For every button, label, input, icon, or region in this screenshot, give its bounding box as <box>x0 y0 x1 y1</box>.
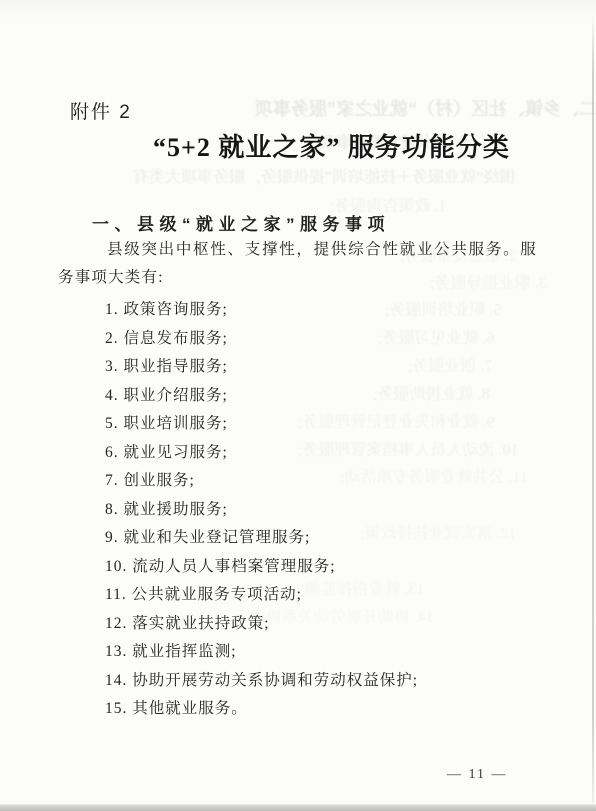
document-page: 二、乡镇、社区（村）“就业之家”服务事项（一）公共就业服务事项围绕“就业服务＋技… <box>0 0 596 811</box>
document-title: “5+2 就业之家” 服务功能分类 <box>153 127 510 164</box>
scan-right-edge <box>592 12 594 803</box>
bleedthrough-line: 围绕“就业服务＋技能培训”提供服务，服务事项大类有 <box>133 164 515 187</box>
list-item: 15. 其他就业服务。 <box>105 695 418 724</box>
list-item: 8. 就业援助服务; <box>105 496 418 525</box>
list-item: 14. 协助开展劳动关系协调和劳动权益保护; <box>105 667 418 696</box>
list-item: 2. 信息发布服务; <box>105 325 418 354</box>
intro-paragraph: 县级突出中枢性、支撑性，提供综合性就业公共服务。服务事项大类有: <box>58 236 537 292</box>
list-item: 9. 就业和失业登记管理服务; <box>105 524 418 553</box>
attachment-label: 附件 2 <box>70 97 132 124</box>
list-item: 3. 职业指导服务; <box>105 353 418 382</box>
service-list: 1. 政策咨询服务;2. 信息发布服务;3. 职业指导服务;4. 职业介绍服务;… <box>105 296 418 724</box>
scan-bottom-edge <box>0 804 596 811</box>
list-item: 12. 落实就业扶持政策; <box>105 610 418 639</box>
list-item: 4. 职业介绍服务; <box>105 382 418 411</box>
list-item: 6. 就业见习服务; <box>105 439 418 468</box>
list-item: 13. 就业指挥监测; <box>105 638 418 667</box>
list-item: 10. 流动人员人事档案管理服务; <box>105 553 418 582</box>
section-heading: 一、县级“就业之家”服务事项 <box>92 210 390 235</box>
list-item: 5. 职业培训服务; <box>105 410 418 439</box>
bleedthrough-line: 二、乡镇、社区（村）“就业之家”服务事项 <box>255 95 596 121</box>
bleedthrough-line: 7. 创业服务; <box>408 353 492 376</box>
page-number: — 11 — <box>447 767 507 783</box>
list-item: 7. 创业服务; <box>105 467 418 496</box>
list-item: 1. 政策咨询服务; <box>105 296 418 325</box>
list-item: 11. 公共就业服务专项活动; <box>105 581 418 610</box>
